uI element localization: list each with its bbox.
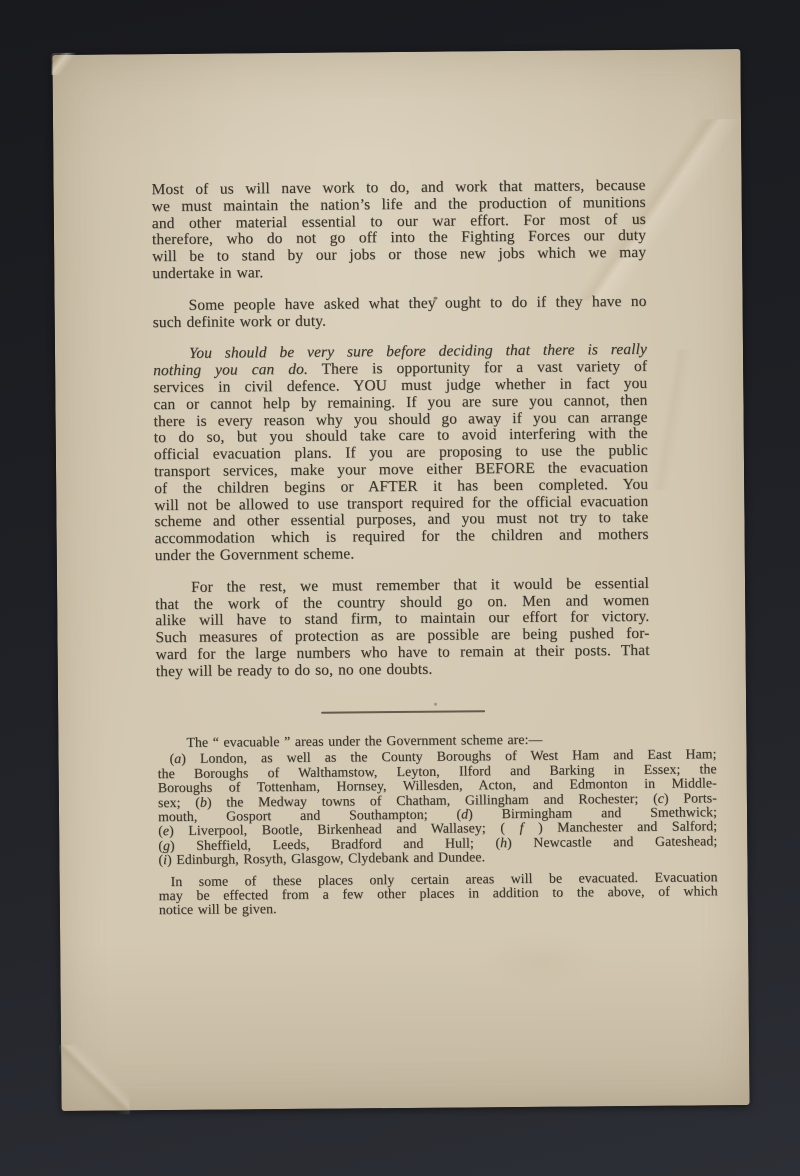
paragraph: In some of these places only certain are…: [159, 870, 718, 918]
section-divider: [321, 710, 485, 713]
photo-background: Most of us will nave work to do, and wor…: [0, 0, 800, 1176]
text-line: undertake in war.: [152, 262, 646, 283]
paragraph: You should be very sure before deciding …: [153, 342, 649, 565]
ink-speck: [434, 703, 437, 706]
paragraph: (a) London, as well as the County Boroug…: [157, 748, 717, 868]
text-line: they will be ready to do so, no one doub…: [156, 660, 650, 681]
main-text-block: Most of us will nave work to do, and wor…: [152, 178, 650, 681]
text-line: (i) Edinburgh, Rosyth, Glasgow, Clydeban…: [158, 848, 717, 867]
text-line: such definite work or duty.: [153, 310, 647, 331]
paper-stain: [480, 930, 601, 991]
ink-speck: [434, 297, 438, 300]
text-line: under the Government scheme.: [155, 544, 649, 565]
paper-crease: [59, 1044, 130, 1115]
paragraph: Some people have asked what they ought t…: [153, 294, 647, 332]
paragraph: Most of us will nave work to do, and wor…: [152, 178, 647, 283]
footnote-block: The “ evacuable ” areas under the Govern…: [157, 731, 718, 918]
paragraph: For the rest, we must remember that it w…: [155, 576, 650, 681]
text-line: notice will be given.: [159, 899, 718, 918]
corner-fold: [51, 53, 81, 75]
document-page: Most of us will nave work to do, and wor…: [52, 49, 749, 1111]
